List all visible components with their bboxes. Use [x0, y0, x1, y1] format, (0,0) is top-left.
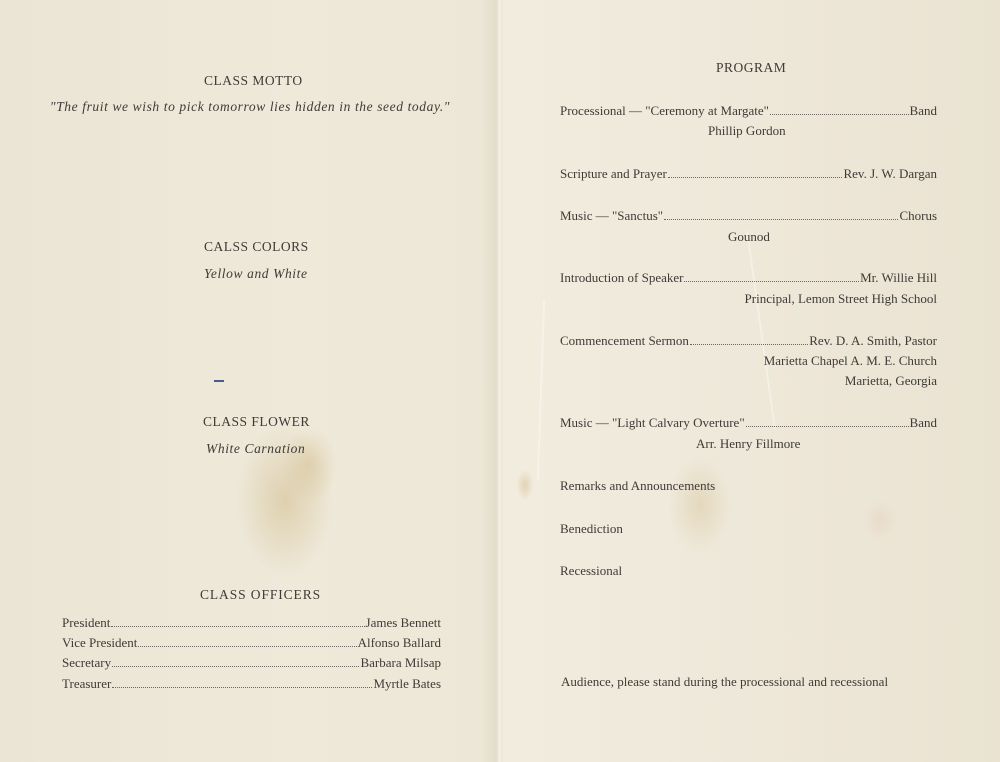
program-item-title: Recessional [560, 563, 622, 579]
colors-text: Yellow and White [204, 266, 308, 282]
program-item-performer: Rev. J. W. Dargan [843, 166, 937, 182]
program-item-performer: Band [910, 415, 937, 431]
program-item: Scripture and Prayer Rev. J. W. Dargan [560, 166, 937, 182]
officers-heading: CLASS OFFICERS [200, 587, 321, 603]
program-item-subtext: Marietta Chapel A. M. E. Church [764, 353, 937, 369]
program-heading: PROGRAM [716, 60, 786, 76]
flower-heading: CLASS FLOWER [203, 414, 310, 430]
dot-leader [746, 425, 909, 427]
footer-note: Audience, please stand during the proces… [561, 674, 888, 690]
flower-text: White Carnation [206, 441, 305, 457]
officer-name: Myrtle Bates [373, 676, 441, 692]
program-item-performer: Rev. D. A. Smith, Pastor [809, 333, 937, 349]
officer-name: Barbara Milsap [360, 655, 441, 671]
program-item-title: Remarks and Announcements [560, 478, 715, 494]
program-item-subtext: Gounod [728, 229, 770, 245]
program-item-subtext: Phillip Gordon [708, 123, 786, 139]
dot-leader [770, 113, 909, 115]
officer-row: Treasurer Myrtle Bates [62, 676, 441, 692]
program-item: Commencement Sermon Rev. D. A. Smith, Pa… [560, 333, 937, 349]
program-item-performer: Band [910, 103, 937, 119]
program-item-performer: Chorus [899, 208, 937, 224]
program-item: Music — "Sanctus" Chorus [560, 208, 937, 224]
dot-leader [690, 343, 808, 345]
program-item-title: Music — "Light Calvary Overture" [560, 415, 745, 431]
program-item-subtext: Arr. Henry Fillmore [696, 436, 800, 452]
program-item: Music — "Light Calvary Overture" Band [560, 415, 937, 431]
program-item-subtext: Marietta, Georgia [845, 373, 937, 389]
program-item-title: Commencement Sermon [560, 333, 689, 349]
officer-role: Secretary [62, 655, 111, 671]
dot-leader [112, 686, 372, 688]
program-item-subtext: Principal, Lemon Street High School [745, 291, 937, 307]
dot-leader [111, 625, 364, 627]
officer-row: Secretary Barbara Milsap [62, 655, 441, 671]
program-item-title: Processional — "Ceremony at Margate" [560, 103, 769, 119]
dot-leader [664, 218, 898, 220]
program-sheet: CLASS MOTTO "The fruit we wish to pick t… [0, 0, 1000, 762]
officer-role: Vice President [62, 635, 137, 651]
officer-name: Alfonso Ballard [358, 635, 441, 651]
program-item: Processional — "Ceremony at Margate" Ban… [560, 103, 937, 119]
program-item-title: Music — "Sanctus" [560, 208, 663, 224]
motto-heading: CLASS MOTTO [204, 73, 303, 89]
right-page: PROGRAM Processional — "Ceremony at Marg… [500, 0, 1000, 762]
officer-row: Vice President Alfonso Ballard [62, 635, 441, 651]
left-page: CLASS MOTTO "The fruit we wish to pick t… [0, 0, 500, 762]
dot-leader [668, 176, 843, 178]
officer-role: Treasurer [62, 676, 111, 692]
officer-role: President [62, 615, 110, 631]
dot-leader [112, 665, 359, 667]
program-item-performer: Mr. Willie Hill [860, 270, 937, 286]
program-item-title: Benediction [560, 521, 623, 537]
officer-name: James Bennett [366, 615, 441, 631]
ink-mark [214, 380, 224, 382]
officer-row: President James Bennett [62, 615, 441, 631]
program-item-title: Scripture and Prayer [560, 166, 667, 182]
dot-leader [684, 280, 859, 282]
motto-text: "The fruit we wish to pick tomorrow lies… [0, 99, 500, 115]
colors-heading: CALSS COLORS [204, 239, 309, 255]
dot-leader [138, 645, 356, 647]
program-item: Introduction of Speaker Mr. Willie Hill [560, 270, 937, 286]
program-item-title: Introduction of Speaker [560, 270, 683, 286]
